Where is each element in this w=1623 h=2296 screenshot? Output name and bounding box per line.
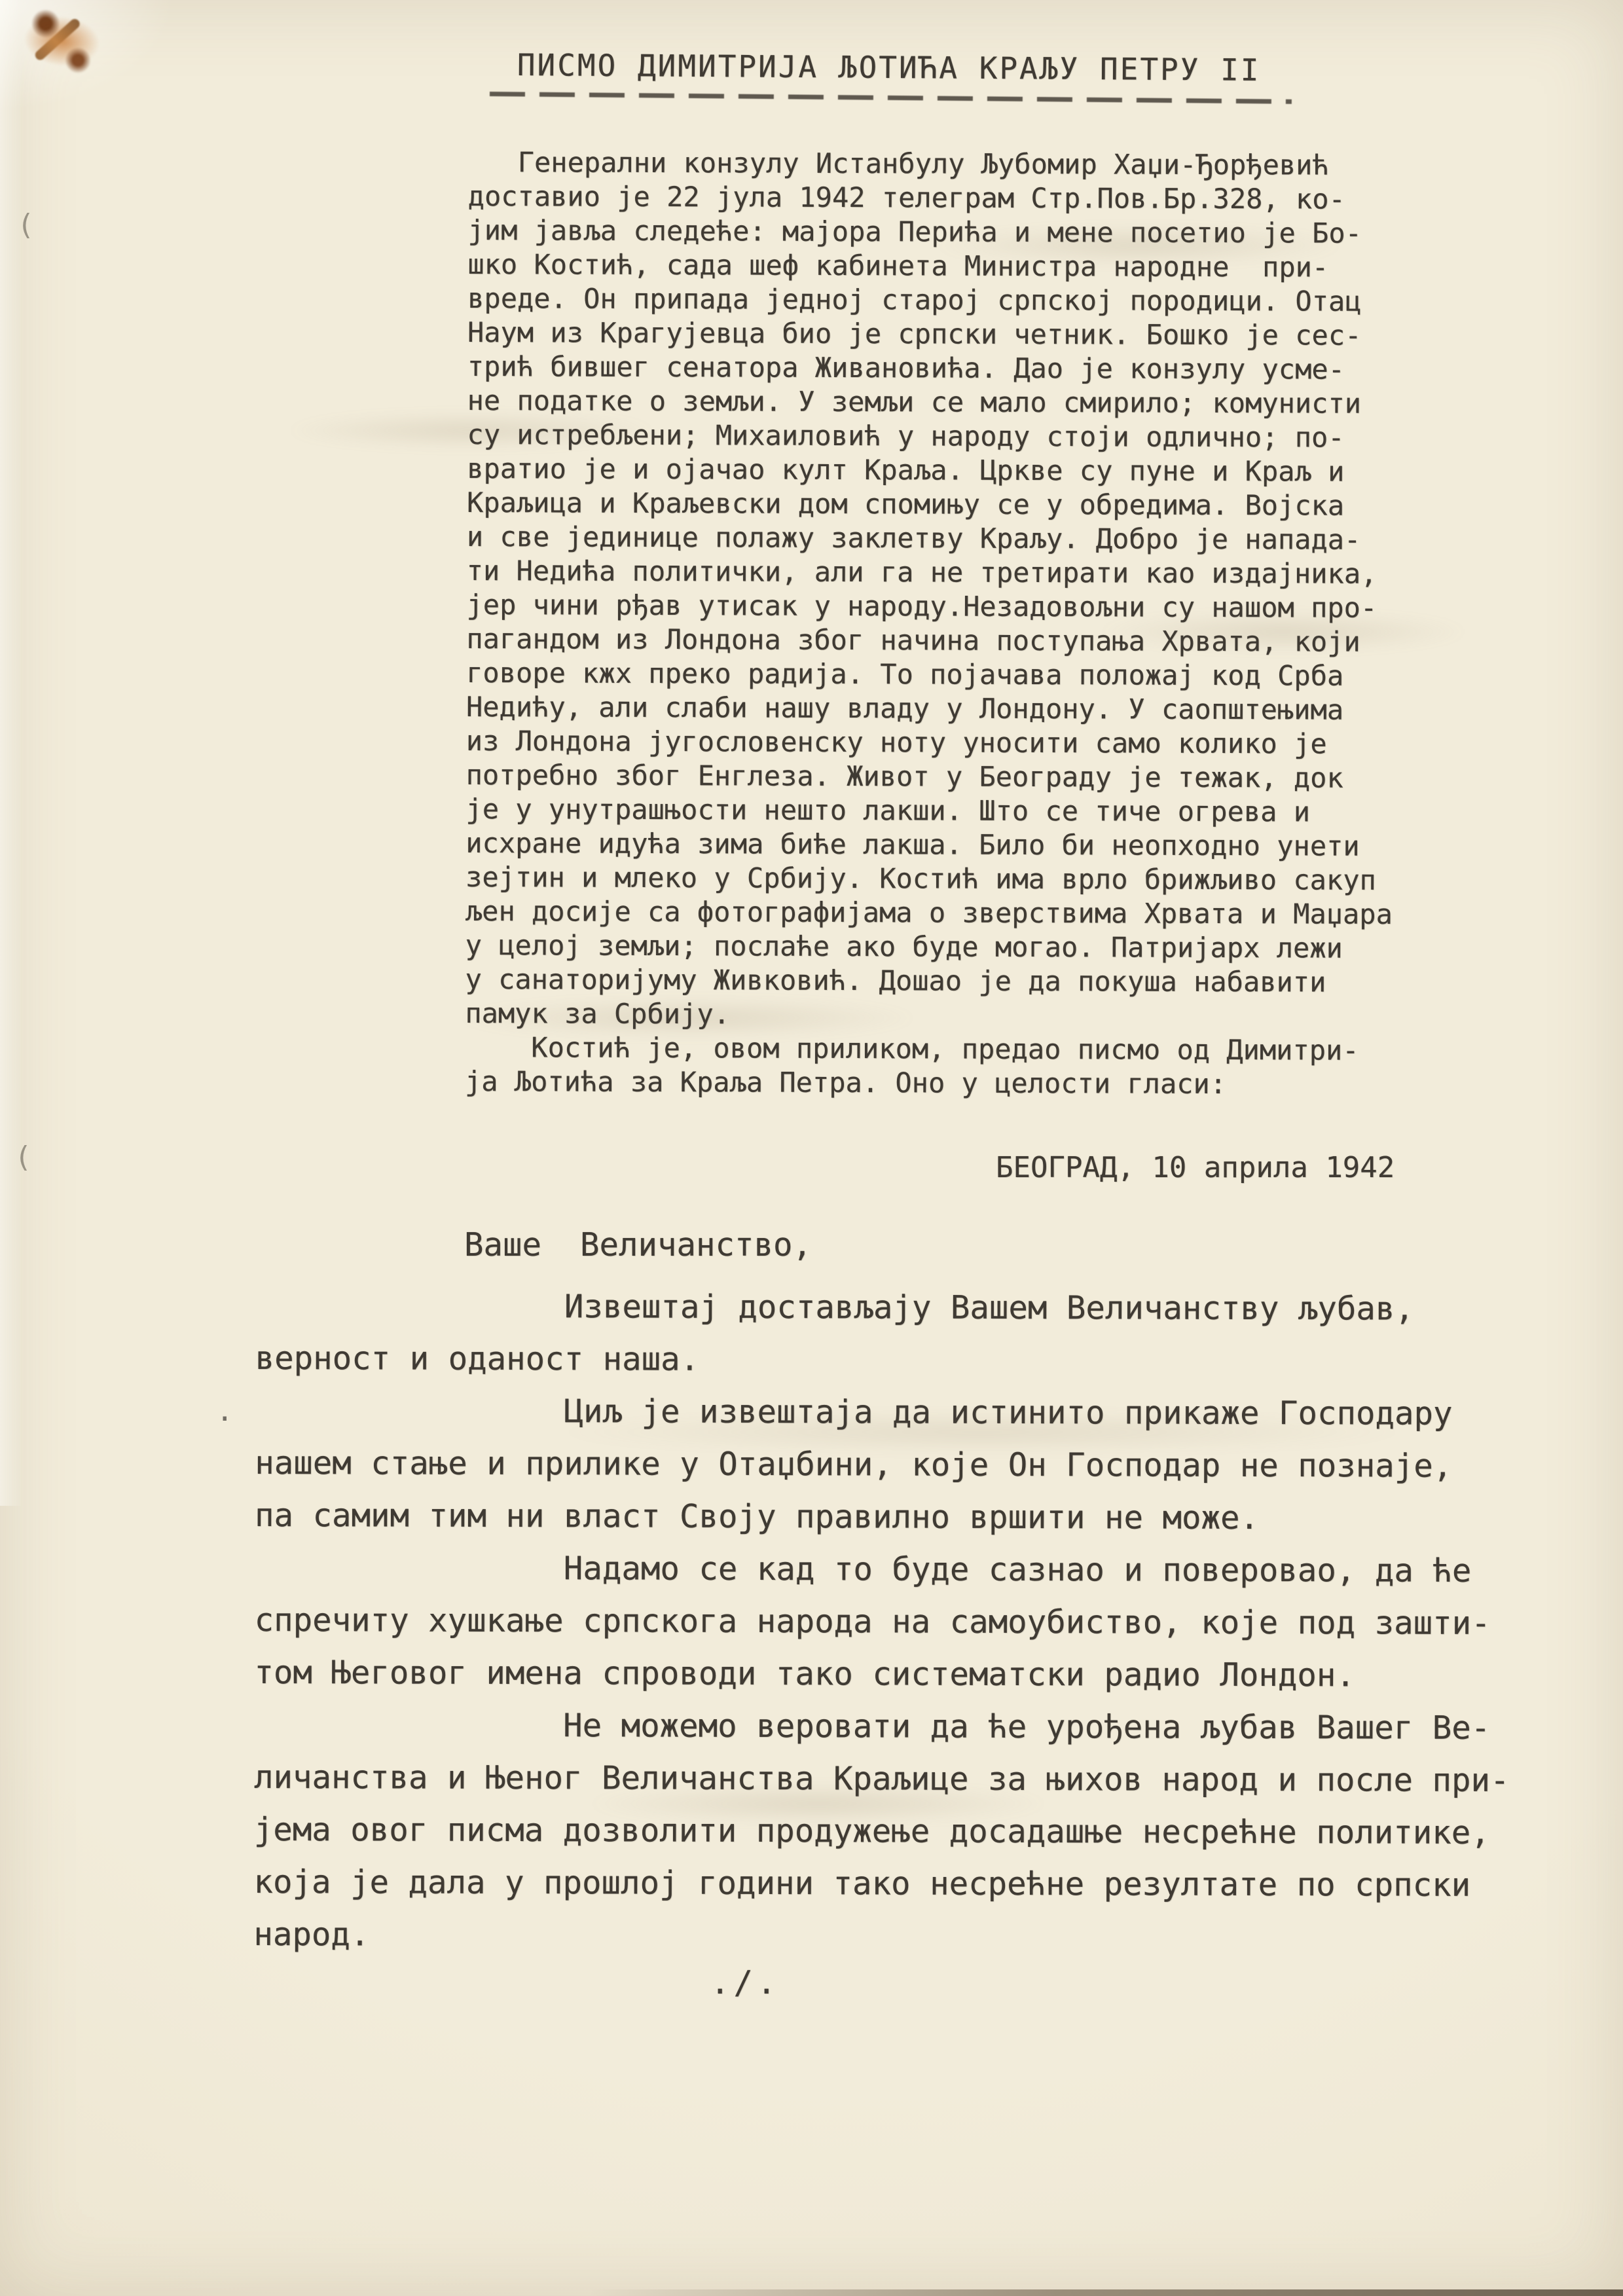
text-line: у целој земљи; послаће ако буде могао. П… (465, 928, 1393, 966)
scanned-letter-page: ( ( . ПИСМО ДИМИТРИЈА ЉОТИЋА КРАЉУ ПЕТРУ… (0, 0, 1623, 2296)
text-line: Надамо се кад то буде сазнао и поверовао… (255, 1542, 1510, 1597)
page-continuation-mark: ./. (710, 1964, 780, 2001)
text-line: Костић је, овом приликом, предао писмо о… (465, 1030, 1392, 1068)
text-line: Извештај достављају Вашем Величанству љу… (255, 1280, 1511, 1336)
text-line: Наум из Крагујевца био је српски четник.… (467, 316, 1395, 353)
scan-artifact-paren: ( (17, 208, 35, 242)
text-line: па самим тим ни власт Своју правилно врш… (255, 1489, 1510, 1545)
text-line: говоре кжх преко радија. То појачава пол… (466, 656, 1393, 693)
salutation: Ваше Величанство, (464, 1226, 812, 1264)
text-line: личанства и Њеног Величанства Краљице за… (254, 1751, 1510, 1807)
text-line: исхране идућа зима биће лакша. Било би н… (465, 826, 1393, 864)
text-line: зејтин и млеко у Србију. Костић има врло… (465, 860, 1393, 898)
text-line: љен досије са фотографијама о зверствима… (465, 894, 1393, 932)
text-line: трић бившег сенатора Живановића. Дао је … (467, 350, 1395, 387)
scan-bottom-edge-shadow (589, 2289, 1623, 2296)
text-line: јер чини рђав утисак у народу.Незадовољн… (466, 588, 1393, 625)
text-line: том Његовог имена спроводи тако системат… (254, 1647, 1510, 1702)
text-line: Недићу, али слаби нашу владу у Лондону. … (466, 690, 1393, 727)
scan-artifact-dot: . (216, 1394, 234, 1428)
document-title: ПИСМО ДИМИТРИЈА ЉОТИЋА КРАЉУ ПЕТРУ II (517, 47, 1261, 88)
text-line: Краљица и Краљевски дом спомињу се у обр… (467, 486, 1394, 523)
text-line: верност и оданост наша. (255, 1332, 1511, 1388)
scan-artifact-paren: ( (14, 1140, 32, 1174)
text-line: Циљ је извештаја да истинито прикаже Гос… (255, 1385, 1510, 1440)
text-line: спречиту хушкање српскога народа на само… (255, 1594, 1510, 1650)
text-line: која је дала у прошлој години тако несре… (253, 1856, 1509, 1912)
text-line: су истребљени; Михаиловић у народу стоји… (467, 418, 1394, 455)
text-line: је у унутрашњости нешто лакши. Што се ти… (465, 792, 1393, 829)
rust-stain (18, 1, 107, 81)
intro-paragraph: Генерални конзулу Истанбулу Љубомир Хаџи… (465, 145, 1395, 1102)
text-line: народ. (253, 1908, 1509, 1964)
text-line: нашем стање и прилике у Отаџбини, које О… (255, 1437, 1510, 1493)
text-line: у санаторијуму Живковић. Дошао је да пок… (465, 962, 1392, 1000)
text-line: Генерални конзулу Истанбулу Љубомир Хаџи… (468, 145, 1395, 183)
text-line: јим јавља следеће: мајора Перића и мене … (467, 213, 1395, 251)
title-underline (490, 92, 1292, 104)
text-line: вреде. Он припада једној старој српској … (467, 282, 1395, 319)
text-line: и све јединице полажу заклетву Краљу. До… (467, 520, 1394, 557)
dateline: БЕОГРАД, 10 априла 1942 (996, 1151, 1395, 1184)
text-line: памук за Србију. (465, 996, 1392, 1034)
text-line: ти Недића политички, али га не третирати… (467, 554, 1394, 591)
text-line: шко Костић, сада шеф кабинета Министра н… (467, 247, 1395, 285)
text-line: пагандом из Лондона због начина поступањ… (466, 622, 1393, 659)
text-line: не податке о земљи. У земљи се мало смир… (467, 384, 1395, 421)
text-line: из Лондона југословенску ноту уносити са… (466, 724, 1393, 761)
text-line: Не можемо веровати да ће урођена љубав В… (254, 1699, 1510, 1755)
text-line: потребно због Енглеза. Живот у Београду … (466, 758, 1393, 795)
staple-rust-streak (33, 17, 82, 62)
letter-body: Извештај достављају Вашем Величанству љу… (253, 1280, 1510, 1964)
text-line: јема овог писма дозволити продужење доса… (254, 1804, 1510, 1859)
text-line: ја Љотића за Краља Петра. Оно у целости … (465, 1065, 1392, 1102)
text-line: вратио је и ојачао култ Краља. Цркве су … (467, 452, 1394, 489)
text-line: доставио је 22 јула 1942 телеграм Стр.По… (468, 179, 1395, 217)
